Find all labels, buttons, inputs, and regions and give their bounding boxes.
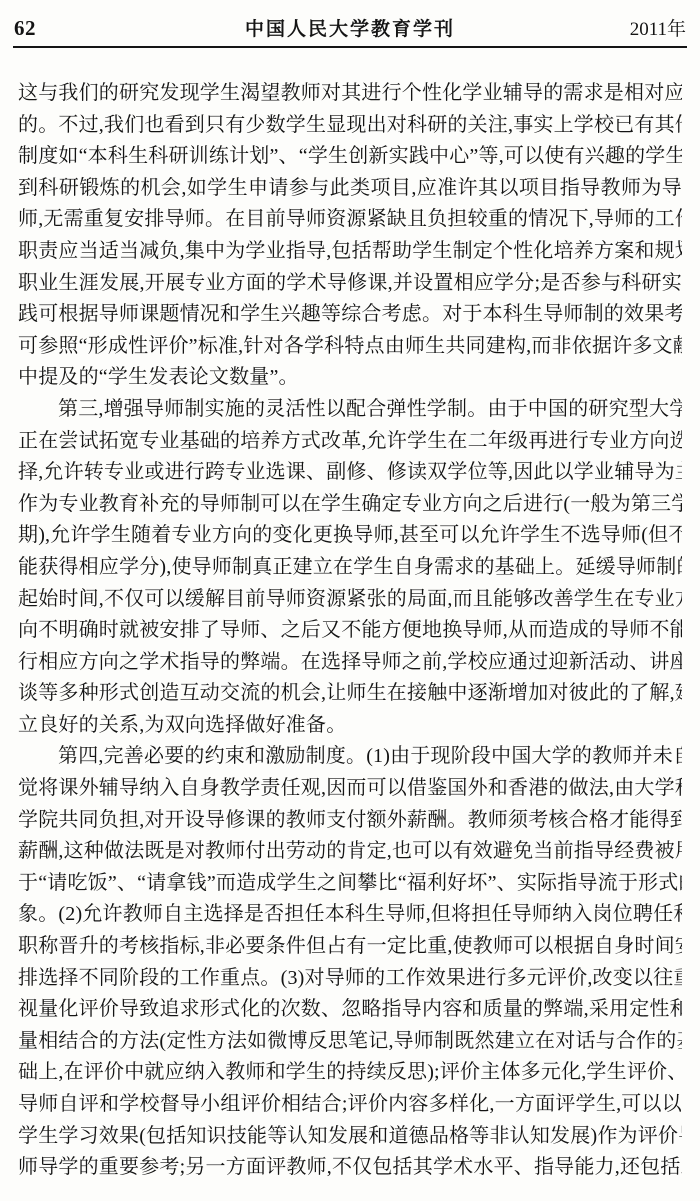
page-number: 62 — [14, 16, 36, 41]
text-line: 职责应当适当减负,集中为学业指导,包括帮助学生制定个性化培养方案和规划 — [18, 236, 682, 268]
page-body-text: 这与我们的研究发现学生渴望教师对其进行个性化学业辅导的需求是相对应的。不过,我们… — [18, 78, 682, 1184]
issue-year: 2011年 — [630, 14, 686, 41]
text-line: 正在尝试拓宽专业基础的培养方式改革,允许学生在二年级再进行专业方向选 — [18, 426, 682, 458]
text-line: 师,无需重复安排导师。在目前导师资源紧缺且负担较重的情况下,导师的工作 — [18, 204, 682, 236]
text-line: 择,允许转专业或进行跨专业选课、副修、修读双学位等,因此以学业辅导为主、 — [18, 457, 682, 489]
text-line: 向不明确时就被安排了导师、之后又不能方便地换导师,从而造成的导师不能进 — [18, 615, 682, 647]
text-line: 作为专业教育补充的导师制可以在学生确定专业方向之后进行(一般为第三学 — [18, 489, 682, 521]
text-line: 期),允许学生随着专业方向的变化更换导师,甚至可以允许学生不选导师(但不 — [18, 520, 682, 552]
text-line: 量相结合的方法(定性方法如微博反思笔记,导师制既然建立在对话与合作的基 — [18, 1026, 682, 1058]
text-line: 职业生涯发展,开展专业方面的学术导修课,并设置相应学分;是否参与科研实 — [18, 268, 682, 300]
text-line: 到科研锻炼的机会,如学生申请参与此类项目,应准许其以项目指导教师为导 — [18, 173, 682, 205]
text-line: 立良好的关系,为双向选择做好准备。 — [18, 710, 682, 742]
text-line: 排选择不同阶段的工作重点。(3)对导师的工作效果进行多元评价,改变以往重 — [18, 963, 682, 995]
text-line: 第三,增强导师制实施的灵活性以配合弹性学制。由于中国的研究型大学 — [18, 394, 682, 426]
text-line: 可参照“形成性评价”标准,针对各学科特点由师生共同建构,而非依据许多文献 — [18, 331, 682, 363]
text-line: 职称晋升的考核指标,非必要条件但占有一定比重,使教师可以根据自身时间安 — [18, 931, 682, 963]
text-line: 学生学习效果(包括知识技能等认知发展和道德品格等非认知发展)作为评价导 — [18, 1121, 682, 1153]
text-line: 制度如“本科生科研训练计划”、“学生创新实践中心”等,可以使有兴趣的学生得 — [18, 141, 682, 173]
page-header: 62 中国人民大学教育学刊 2011年 — [14, 14, 686, 44]
text-line: 谈等多种形式创造互动交流的机会,让师生在接触中逐渐增加对彼此的了解,建 — [18, 678, 682, 710]
text-line: 的。不过,我们也看到只有少数学生显现出对科研的关注,事实上学校已有其他 — [18, 110, 682, 142]
journal-page: 62 中国人民大学教育学刊 2011年 这与我们的研究发现学生渴望教师对其进行个… — [0, 0, 700, 1201]
text-line: 第四,完善必要的约束和激励制度。(1)由于现阶段中国大学的教师并未自 — [18, 741, 682, 773]
text-line: 视量化评价导致追求形式化的次数、忽略指导内容和质量的弊端,采用定性和定 — [18, 994, 682, 1026]
text-line: 导师自评和学校督导小组评价相结合;评价内容多样化,一方面评学生,可以以 — [18, 1089, 682, 1121]
text-line: 觉将课外辅导纳入自身教学责任观,因而可以借鉴国外和香港的做法,由大学和 — [18, 773, 682, 805]
text-line: 学院共同负担,对开设导修课的教师支付额外薪酬。教师须考核合格才能得到 — [18, 805, 682, 837]
text-line: 行相应方向之学术指导的弊端。在选择导师之前,学校应通过迎新活动、讲座座 — [18, 647, 682, 679]
text-line: 起始时间,不仅可以缓解目前导师资源紧张的局面,而且能够改善学生在专业方 — [18, 584, 682, 616]
journal-title: 中国人民大学教育学刊 — [245, 14, 455, 41]
text-line: 薪酬,这种做法既是对教师付出劳动的肯定,也可以有效避免当前指导经费被用 — [18, 836, 682, 868]
header-divider — [13, 46, 687, 48]
text-line: 师导学的重要参考;另一方面评教师,不仅包括其学术水平、指导能力,还包括工 — [18, 1152, 682, 1184]
text-line: 这与我们的研究发现学生渴望教师对其进行个性化学业辅导的需求是相对应 — [18, 78, 682, 110]
text-line: 践可根据导师课题情况和学生兴趣等综合考虑。对于本科生导师制的效果考察 — [18, 299, 682, 331]
text-line: 于“请吃饭”、“请拿钱”而造成学生之间攀比“福利好坏”、实际指导流于形式的现 — [18, 868, 682, 900]
text-line: 象。(2)允许教师自主选择是否担任本科生导师,但将担任导师纳入岗位聘任和 — [18, 899, 682, 931]
text-line: 中提及的“学生发表论文数量”。 — [18, 362, 682, 394]
text-line: 础上,在评价中就应纳入教师和学生的持续反思);评价主体多元化,学生评价、 — [18, 1057, 682, 1089]
text-line: 能获得相应学分),使导师制真正建立在学生自身需求的基础上。延缓导师制的 — [18, 552, 682, 584]
